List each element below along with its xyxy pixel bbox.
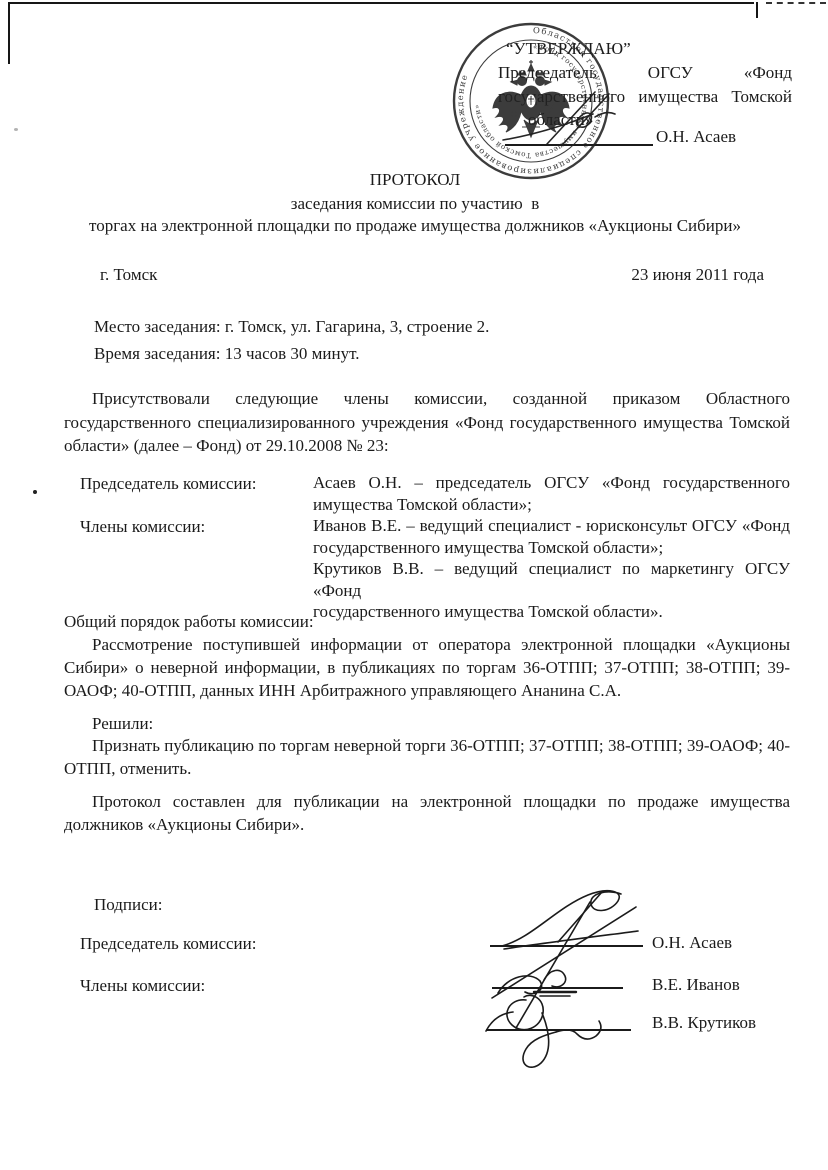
decision-heading: Решили: bbox=[92, 712, 153, 735]
signatures-handwriting-icon bbox=[440, 880, 700, 1090]
approval-signer-name: О.Н. Асаев bbox=[656, 125, 736, 148]
decision-paragraph: Признать публикацию по торгам неверной т… bbox=[64, 734, 790, 780]
scanned-protocol-document: { "approval": { "line1": "\u201cУТВЕРЖДА… bbox=[0, 0, 828, 1170]
commission-line: государственного имущества Томской облас… bbox=[313, 537, 790, 559]
signature-chairman-label: Председатель комиссии: bbox=[80, 932, 256, 955]
title-line3: торгах на электронной площадки по продаж… bbox=[50, 214, 780, 237]
scan-border-top bbox=[10, 2, 754, 4]
closing-paragraph: Протокол составлен для публикации на эле… bbox=[64, 790, 790, 836]
page-title: ПРОТОКОЛ bbox=[50, 168, 780, 191]
title-line2: заседания комиссии по участию в bbox=[50, 192, 780, 215]
chairman-label: Председатель комиссии: bbox=[80, 472, 256, 495]
meeting-place-line: Место заседания: г. Томск, ул. Гагарина,… bbox=[94, 315, 489, 338]
seal-stamp-icon: Областное государственное специализирова… bbox=[450, 20, 612, 182]
scan-speck-faint bbox=[14, 128, 18, 131]
meeting-time-line: Время заседания: 13 часов 30 минут. bbox=[94, 342, 360, 365]
procedure-paragraph: Рассмотрение поступившей информации от о… bbox=[64, 633, 790, 702]
signature-members-label: Члены комиссии: bbox=[80, 974, 205, 997]
signatures-heading: Подписи: bbox=[94, 893, 163, 916]
procedure-heading: Общий порядок работы комиссии: bbox=[64, 610, 314, 633]
scan-border-top-tick bbox=[756, 2, 758, 18]
commission-line: Иванов В.Е. – ведущий специалист - юриск… bbox=[313, 515, 790, 537]
double-headed-eagle-icon bbox=[493, 60, 569, 137]
commission-line: Крутиков В.В. – ведущий специалист по ма… bbox=[313, 558, 790, 601]
commission-line: государственного имущества Томской облас… bbox=[313, 601, 790, 623]
commission-members-column: Асаев О.Н. – председатель ОГСУ «Фонд гос… bbox=[313, 472, 790, 623]
scan-border-top-dotted bbox=[766, 2, 826, 4]
date-label: 23 июня 2011 года bbox=[520, 263, 764, 286]
scan-speck bbox=[33, 490, 37, 494]
commission-line: Асаев О.Н. – председатель ОГСУ «Фонд гос… bbox=[313, 472, 790, 494]
attendees-paragraph: Присутствовали следующие члены комиссии,… bbox=[64, 387, 790, 458]
city-label: г. Томск bbox=[100, 263, 157, 286]
members-label: Члены комиссии: bbox=[80, 515, 205, 538]
scan-border-left bbox=[8, 2, 10, 64]
commission-line: имущества Томской области»; bbox=[313, 494, 790, 516]
